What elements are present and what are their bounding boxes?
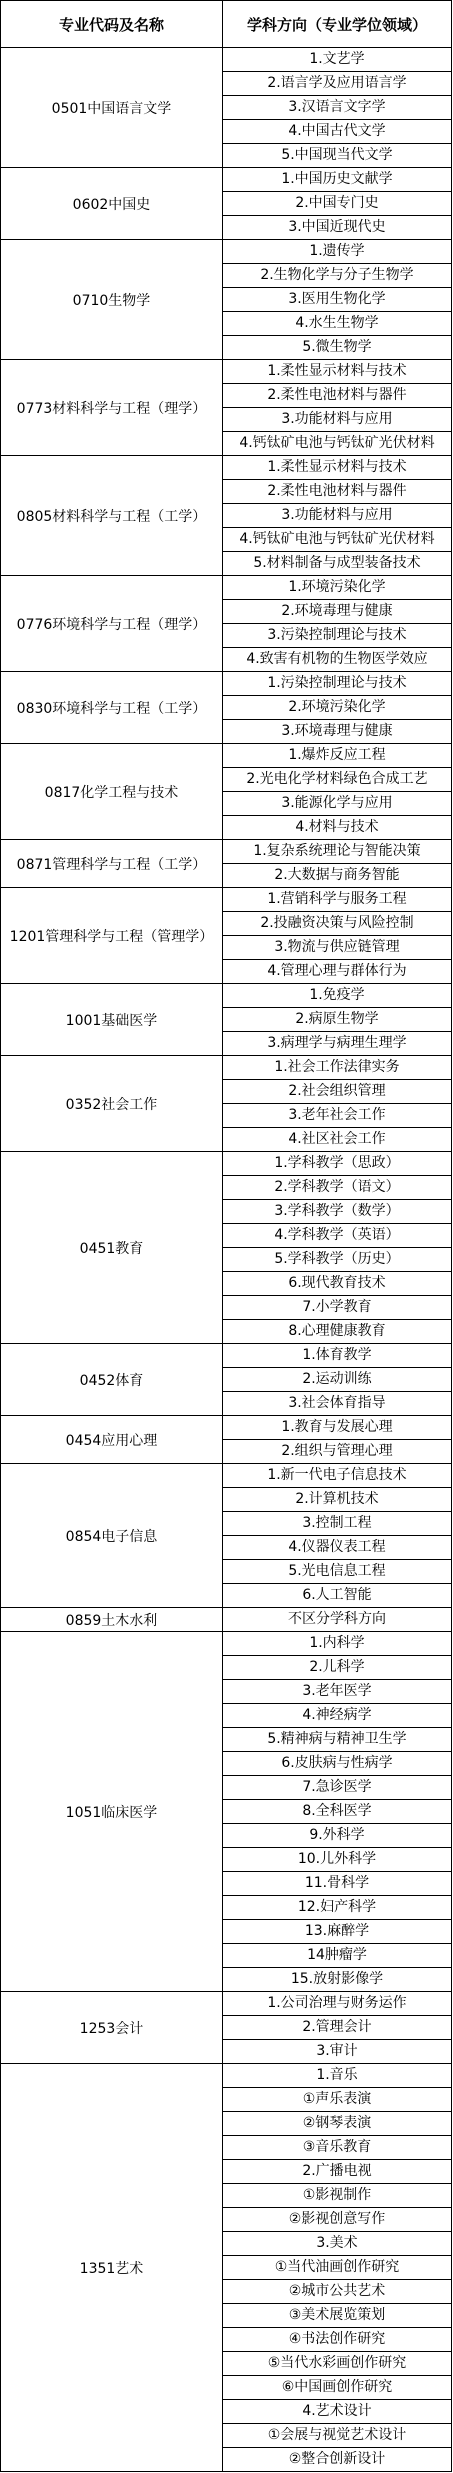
discipline-direction-cell: ③美术展览策划 [223, 2304, 452, 2328]
discipline-direction-cell: 1.学科教学（思政） [223, 1152, 452, 1176]
table-row: 0854电子信息1.新一代电子信息技术 [1, 1464, 452, 1488]
discipline-direction-cell: 4.水生生物学 [223, 312, 452, 336]
discipline-direction-cell: 3.污染控制理论与技术 [223, 624, 452, 648]
discipline-direction-cell: 2.语言学及应用语言学 [223, 72, 452, 96]
table-row: 0859土木水利不区分学科方向 [1, 1608, 452, 1632]
discipline-direction-cell: 11.骨科学 [223, 1872, 452, 1896]
program-code-cell: 1253会计 [1, 1992, 223, 2064]
program-code-cell: 0830环境科学与工程（工学） [1, 672, 223, 744]
program-code-cell: 0776环境科学与工程（理学） [1, 576, 223, 672]
discipline-direction-cell: 2.光电化学材料绿色合成工艺 [223, 768, 452, 792]
discipline-direction-cell: 2.管理会计 [223, 2016, 452, 2040]
discipline-direction-cell: 4.仪器仪表工程 [223, 1536, 452, 1560]
discipline-direction-cell: 3.汉语言文字学 [223, 96, 452, 120]
discipline-direction-cell: 1.复杂系统理论与智能决策 [223, 840, 452, 864]
program-code-cell: 0710生物学 [1, 240, 223, 360]
discipline-direction-cell: 3.老年医学 [223, 1680, 452, 1704]
discipline-direction-cell: 4.管理心理与群体行为 [223, 960, 452, 984]
discipline-direction-cell: ①会展与视觉艺术设计 [223, 2424, 452, 2448]
discipline-direction-cell: 2.柔性电池材料与器件 [223, 384, 452, 408]
discipline-direction-cell: 1.中国历史文献学 [223, 168, 452, 192]
table-row: 0773材料科学与工程（理学）1.柔性显示材料与技术 [1, 360, 452, 384]
header-row: 专业代码及名称 学科方向（专业学位领域） [1, 1, 452, 48]
discipline-direction-cell: 2.中国专门史 [223, 192, 452, 216]
program-code-cell: 1201管理科学与工程（管理学） [1, 888, 223, 984]
discipline-direction-cell: 5.微生物学 [223, 336, 452, 360]
table-row: 0452体育1.体育教学 [1, 1344, 452, 1368]
table-row: 0602中国史1.中国历史文献学 [1, 168, 452, 192]
program-code-cell: 0859土木水利 [1, 1608, 223, 1632]
program-code-cell: 0452体育 [1, 1344, 223, 1416]
discipline-direction-cell: 5.精神病与精神卫生学 [223, 1728, 452, 1752]
discipline-direction-cell: 3.环境毒理与健康 [223, 720, 452, 744]
discipline-direction-cell: 3.医用生物化学 [223, 288, 452, 312]
discipline-direction-cell: 2.儿科学 [223, 1656, 452, 1680]
table-row: 0830环境科学与工程（工学）1.污染控制理论与技术 [1, 672, 452, 696]
header-program-code-name: 专业代码及名称 [1, 1, 223, 48]
table-row: 0805材料科学与工程（工学）1.柔性显示材料与技术 [1, 456, 452, 480]
discipline-direction-cell: 3.功能材料与应用 [223, 504, 452, 528]
discipline-direction-cell: 4.材料与技术 [223, 816, 452, 840]
discipline-direction-cell: 8.心理健康教育 [223, 1320, 452, 1344]
discipline-direction-cell: 5.材料制备与成型装备技术 [223, 552, 452, 576]
discipline-direction-cell: 1.社会工作法律实务 [223, 1056, 452, 1080]
discipline-direction-cell: 5.学科教学（历史） [223, 1248, 452, 1272]
program-code-cell: 0854电子信息 [1, 1464, 223, 1608]
discipline-direction-cell: 1.营销科学与服务工程 [223, 888, 452, 912]
discipline-direction-cell: 4.中国古代文学 [223, 120, 452, 144]
program-code-cell: 0602中国史 [1, 168, 223, 240]
discipline-direction-cell: 3.控制工程 [223, 1512, 452, 1536]
discipline-direction-cell: 2.组织与管理心理 [223, 1440, 452, 1464]
discipline-direction-cell: 1.爆炸反应工程 [223, 744, 452, 768]
discipline-direction-cell: 7.小学教育 [223, 1296, 452, 1320]
discipline-direction-cell: 4.致害有机物的生物医学效应 [223, 648, 452, 672]
program-direction-table: 专业代码及名称 学科方向（专业学位领域） 0501中国语言文学1.文艺学2.语言… [0, 0, 452, 2472]
discipline-direction-cell: ③音乐教育 [223, 2136, 452, 2160]
page: 专业代码及名称 学科方向（专业学位领域） 0501中国语言文学1.文艺学2.语言… [0, 0, 453, 2472]
table-row: 0352社会工作1.社会工作法律实务 [1, 1056, 452, 1080]
discipline-direction-cell: 3.中国近现代史 [223, 216, 452, 240]
discipline-direction-cell: 10.儿外科学 [223, 1848, 452, 1872]
discipline-direction-cell: ①影视制作 [223, 2184, 452, 2208]
discipline-direction-cell: 2.生物化学与分子生物学 [223, 264, 452, 288]
discipline-direction-cell: 9.外科学 [223, 1824, 452, 1848]
discipline-direction-cell: 3.社会体育指导 [223, 1392, 452, 1416]
discipline-direction-cell: ②整合创新设计 [223, 2448, 452, 2472]
table-row: 0454应用心理1.教育与发展心理 [1, 1416, 452, 1440]
discipline-direction-cell: 5.光电信息工程 [223, 1560, 452, 1584]
discipline-direction-cell: 6.人工智能 [223, 1584, 452, 1608]
discipline-direction-cell: 1.公司治理与财务运作 [223, 1992, 452, 2016]
discipline-direction-cell: 3.功能材料与应用 [223, 408, 452, 432]
discipline-direction-cell: 1.环境污染化学 [223, 576, 452, 600]
discipline-direction-cell: 2.病原生物学 [223, 1008, 452, 1032]
table-row: 1051临床医学1.内科学 [1, 1632, 452, 1656]
discipline-direction-cell: ②钢琴表演 [223, 2112, 452, 2136]
discipline-direction-cell: 2.运动训练 [223, 1368, 452, 1392]
discipline-direction-cell: 2.环境毒理与健康 [223, 600, 452, 624]
discipline-direction-cell: 3.美术 [223, 2232, 452, 2256]
discipline-direction-cell: 4.学科教学（英语） [223, 1224, 452, 1248]
discipline-direction-cell: ④书法创作研究 [223, 2328, 452, 2352]
discipline-direction-cell: ⑤当代水彩画创作研究 [223, 2352, 452, 2376]
discipline-direction-cell: 3.病理学与病理生理学 [223, 1032, 452, 1056]
discipline-direction-cell: 1.柔性显示材料与技术 [223, 360, 452, 384]
discipline-direction-cell: 3.审计 [223, 2040, 452, 2064]
discipline-direction-cell: 4.神经病学 [223, 1704, 452, 1728]
table-body: 0501中国语言文学1.文艺学2.语言学及应用语言学3.汉语言文字学4.中国古代… [1, 48, 452, 2472]
discipline-direction-cell: 1.新一代电子信息技术 [223, 1464, 452, 1488]
discipline-direction-cell: 2.投融资决策与风险控制 [223, 912, 452, 936]
discipline-direction-cell: 15.放射影像学 [223, 1968, 452, 1992]
discipline-direction-cell: 1.内科学 [223, 1632, 452, 1656]
discipline-direction-cell: ⑥中国画创作研究 [223, 2376, 452, 2400]
table-row: 0501中国语言文学1.文艺学 [1, 48, 452, 72]
program-code-cell: 0451教育 [1, 1152, 223, 1344]
program-code-cell: 0773材料科学与工程（理学） [1, 360, 223, 456]
program-code-cell: 1001基础医学 [1, 984, 223, 1056]
discipline-direction-cell: 3.能源化学与应用 [223, 792, 452, 816]
table-row: 1001基础医学1.免疫学 [1, 984, 452, 1008]
discipline-direction-cell: 1.遗传学 [223, 240, 452, 264]
discipline-direction-cell: ②影视创意写作 [223, 2208, 452, 2232]
program-code-cell: 0871管理科学与工程（工学） [1, 840, 223, 888]
program-code-cell: 1051临床医学 [1, 1632, 223, 1992]
discipline-direction-cell: 5.中国现当代文学 [223, 144, 452, 168]
table-row: 0776环境科学与工程（理学）1.环境污染化学 [1, 576, 452, 600]
discipline-direction-cell: 4.艺术设计 [223, 2400, 452, 2424]
discipline-direction-cell: 1.柔性显示材料与技术 [223, 456, 452, 480]
discipline-direction-cell: 4.钙钛矿电池与钙钛矿光伏材料 [223, 432, 452, 456]
discipline-direction-cell: 2.柔性电池材料与器件 [223, 480, 452, 504]
discipline-direction-cell: 6.皮肤病与性病学 [223, 1752, 452, 1776]
header-discipline-direction: 学科方向（专业学位领域） [223, 1, 452, 48]
discipline-direction-cell: 4.钙钛矿电池与钙钛矿光伏材料 [223, 528, 452, 552]
discipline-direction-cell: 3.老年社会工作 [223, 1104, 452, 1128]
discipline-direction-cell: 不区分学科方向 [223, 1608, 452, 1632]
discipline-direction-cell: 2.计算机技术 [223, 1488, 452, 1512]
discipline-direction-cell: ②城市公共艺术 [223, 2280, 452, 2304]
program-code-cell: 0817化学工程与技术 [1, 744, 223, 840]
discipline-direction-cell: 3.学科教学（数学） [223, 1200, 452, 1224]
discipline-direction-cell: 6.现代教育技术 [223, 1272, 452, 1296]
discipline-direction-cell: 1.文艺学 [223, 48, 452, 72]
discipline-direction-cell: 2.学科教学（语文） [223, 1176, 452, 1200]
table-row: 1351艺术1.音乐 [1, 2064, 452, 2088]
discipline-direction-cell: 1.音乐 [223, 2064, 452, 2088]
discipline-direction-cell: 12.妇产科学 [223, 1896, 452, 1920]
table-row: 0871管理科学与工程（工学）1.复杂系统理论与智能决策 [1, 840, 452, 864]
table-row: 0710生物学1.遗传学 [1, 240, 452, 264]
discipline-direction-cell: 8.全科医学 [223, 1800, 452, 1824]
program-code-cell: 1351艺术 [1, 2064, 223, 2472]
program-code-cell: 0352社会工作 [1, 1056, 223, 1152]
table-row: 1253会计1.公司治理与财务运作 [1, 1992, 452, 2016]
discipline-direction-cell: ①当代油画创作研究 [223, 2256, 452, 2280]
discipline-direction-cell: 2.社会组织管理 [223, 1080, 452, 1104]
discipline-direction-cell: 1.免疫学 [223, 984, 452, 1008]
discipline-direction-cell: 4.社区社会工作 [223, 1128, 452, 1152]
discipline-direction-cell: 2.广播电视 [223, 2160, 452, 2184]
program-code-cell: 0501中国语言文学 [1, 48, 223, 168]
discipline-direction-cell: 7.急诊医学 [223, 1776, 452, 1800]
discipline-direction-cell: 3.物流与供应链管理 [223, 936, 452, 960]
discipline-direction-cell: 1.污染控制理论与技术 [223, 672, 452, 696]
discipline-direction-cell: 1.教育与发展心理 [223, 1416, 452, 1440]
program-code-cell: 0454应用心理 [1, 1416, 223, 1464]
discipline-direction-cell: 1.体育教学 [223, 1344, 452, 1368]
table-row: 1201管理科学与工程（管理学）1.营销科学与服务工程 [1, 888, 452, 912]
program-code-cell: 0805材料科学与工程（工学） [1, 456, 223, 576]
discipline-direction-cell: ①声乐表演 [223, 2088, 452, 2112]
discipline-direction-cell: 2.大数据与商务智能 [223, 864, 452, 888]
discipline-direction-cell: 13.麻醉学 [223, 1920, 452, 1944]
discipline-direction-cell: 14肿瘤学 [223, 1944, 452, 1968]
table-row: 0451教育1.学科教学（思政） [1, 1152, 452, 1176]
table-row: 0817化学工程与技术1.爆炸反应工程 [1, 744, 452, 768]
discipline-direction-cell: 2.环境污染化学 [223, 696, 452, 720]
